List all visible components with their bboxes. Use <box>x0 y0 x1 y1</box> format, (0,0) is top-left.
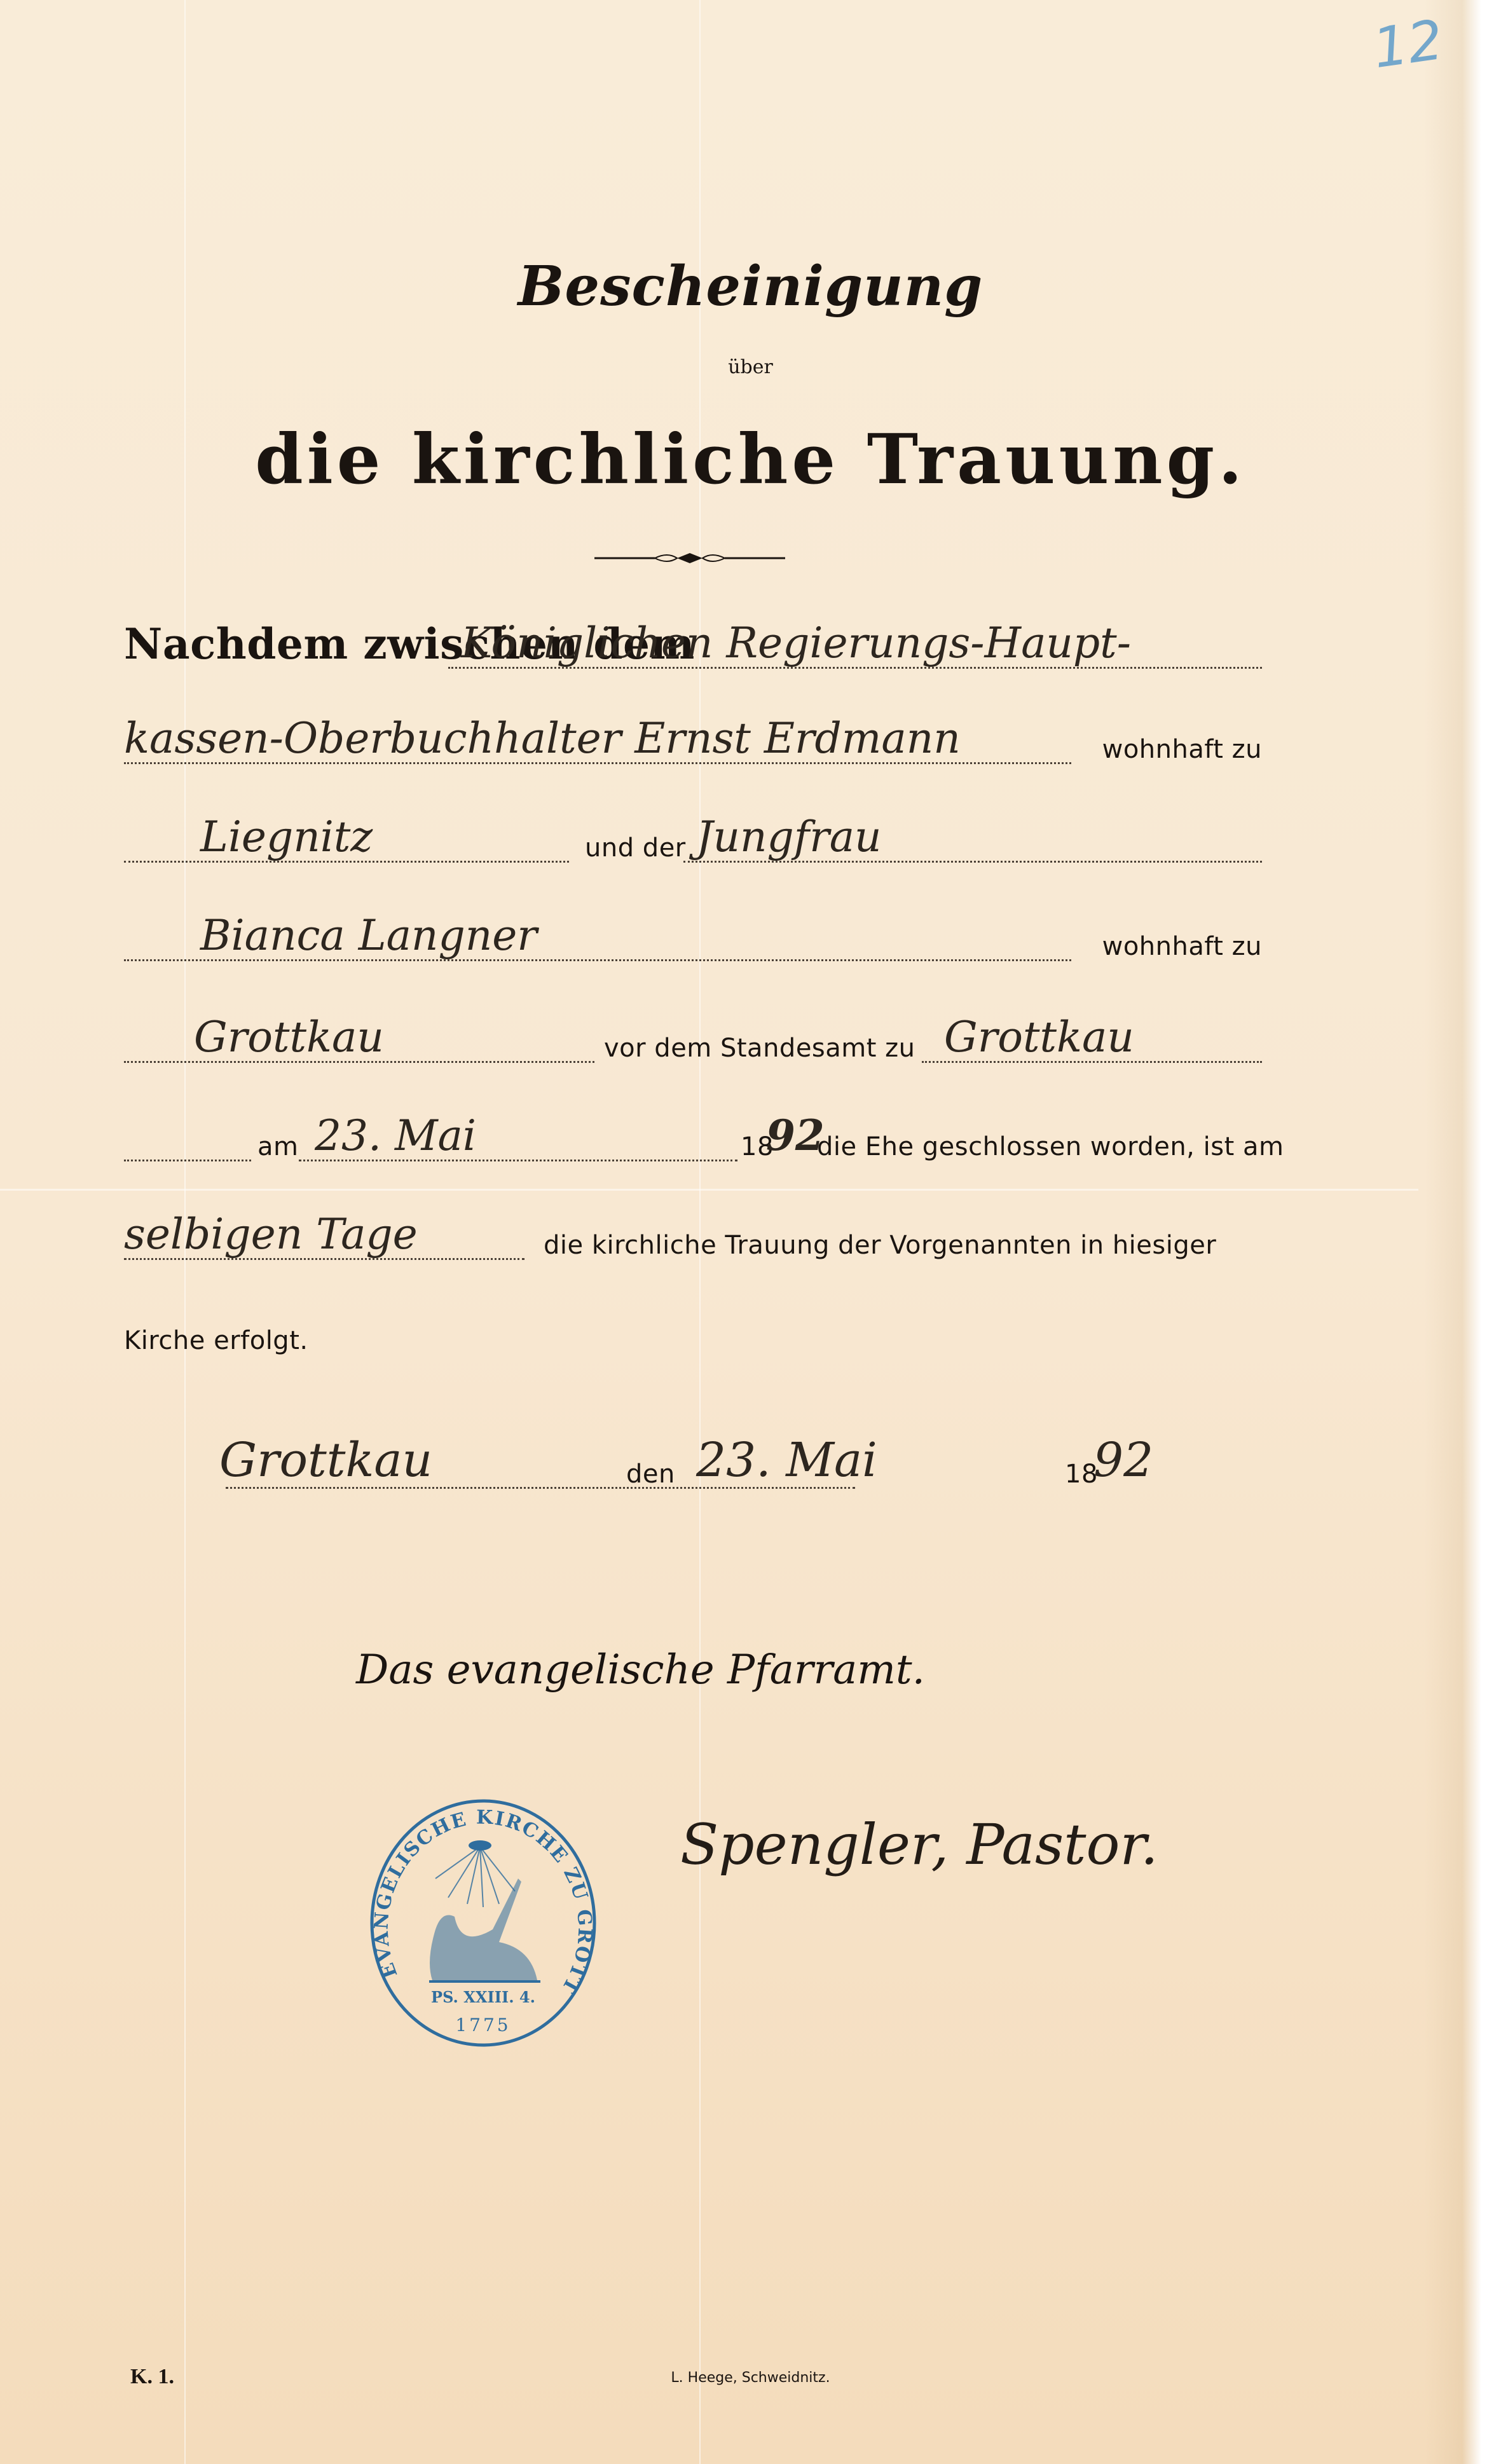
printer-imprint: L. Heege, Schweidnitz. <box>0 2370 1501 2386</box>
handwritten-issue-year: 92 <box>1093 1433 1153 1488</box>
form-line-7: selbigen Tage die kirchliche Trauung der… <box>124 1201 1262 1265</box>
printed-text: Kirche erfolgt. <box>124 1326 308 1355</box>
document-subtitle: die kirchliche Trauung. <box>0 420 1501 500</box>
form-line-5: Grottkau vor dem Standesamt zu Grottkau <box>124 1004 1262 1068</box>
divider-ornament-icon <box>594 551 785 566</box>
dateline: Grottkau den 23. Mai 18 92 <box>124 1430 1262 1494</box>
printed-text: den <box>626 1460 675 1489</box>
svg-text:PS. XXIII. 4.: PS. XXIII. 4. <box>431 1988 535 2006</box>
handwritten-groom-residence: Liegnitz <box>200 812 373 861</box>
issuing-office: Das evangelische Pfarramt. <box>356 1646 925 1694</box>
form-line-4: Bianca Langner wohnhaft zu <box>124 903 1262 966</box>
pastor-signature: Spengler, Pastor. <box>680 1812 1158 1877</box>
handwritten-ceremony-day: selbigen Tage <box>124 1210 418 1259</box>
church-seal-icon: EVANGELISCHE KIRCHE ZU GROTTKAU PS. XXII… <box>366 1796 601 2050</box>
form-line-2: kassen-Oberbuchhalter Ernst Erdmann wohn… <box>124 706 1262 769</box>
handwritten-occupation: Königlichen Regierungs-Haupt- <box>461 619 1131 667</box>
paper-fold-horizontal <box>0 1189 1418 1191</box>
form-line-8: Kirche erfolgt. <box>124 1297 1262 1360</box>
printed-text: am <box>257 1132 298 1161</box>
fill-in-dotted-line <box>124 1160 251 1161</box>
handwritten-bride-name: Bianca Langner <box>200 911 537 960</box>
title-connector: über <box>0 356 1501 378</box>
handwritten-issue-date: 23. Mai <box>696 1433 877 1488</box>
document-title: Bescheinigung <box>0 254 1501 318</box>
printed-text: wohnhaft zu <box>1102 735 1262 764</box>
svg-text:1775: 1775 <box>455 2015 511 2036</box>
handwritten-civil-date: 23. Mai <box>315 1111 476 1160</box>
printed-text: die kirchliche Trauung der Vorgenannten … <box>544 1231 1216 1260</box>
handwritten-registry-place: Grottkau <box>944 1013 1134 1062</box>
form-line-1: Nachdem zwischen dem Königlichen Regieru… <box>124 610 1262 674</box>
handwritten-issue-place: Grottkau <box>219 1433 432 1488</box>
handwritten-bride-title: Jungfrau <box>696 812 882 861</box>
printed-text: vor dem Standesamt zu <box>604 1034 915 1063</box>
form-line-6: am 23. Mai 18 92 die Ehe geschlossen wor… <box>124 1103 1262 1167</box>
handwritten-year: 92 <box>766 1111 825 1160</box>
page-number-annotation: 12 <box>1369 8 1447 81</box>
handwritten-bride-residence: Grottkau <box>194 1013 384 1062</box>
printed-text: die Ehe geschlossen worden, ist am <box>817 1132 1284 1161</box>
printed-text: wohnhaft zu <box>1102 932 1262 961</box>
form-line-3: Liegnitz und der Jungfrau <box>124 804 1262 868</box>
handwritten-groom-name: kassen-Oberbuchhalter Ernst Erdmann <box>124 714 961 763</box>
printed-text: und der <box>585 833 686 863</box>
